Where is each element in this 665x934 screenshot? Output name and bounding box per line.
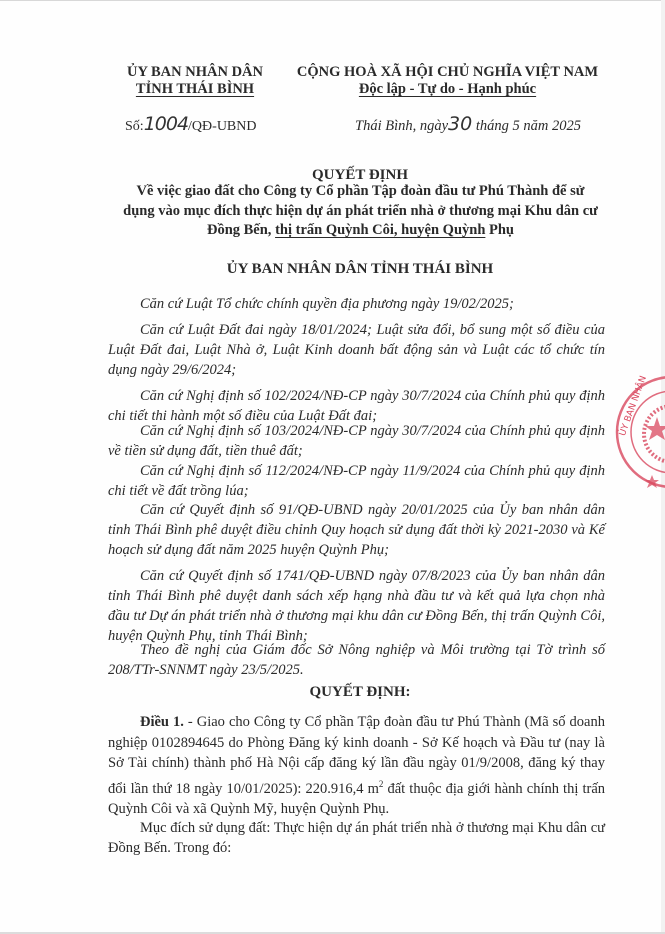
legal-basis-3: Căn cứ Nghị định số 102/2024/NĐ-CP ngày … <box>108 386 605 426</box>
article-1: Điều 1. - Giao cho Công ty Cổ phần Tập đ… <box>108 712 605 819</box>
legal-basis-6: Căn cứ Quyết định số 91/QĐ-UBND ngày 20/… <box>108 500 605 560</box>
date-line: Thái Bình, ngày30 tháng 5 năm 2025 <box>355 113 581 135</box>
document-page: ỦY BAN NHÂN DÂN TỈNH THÁI BÌNH CỘNG HOÀ … <box>0 0 665 934</box>
agency-line1: ỦY BAN NHÂN DÂN <box>110 64 280 81</box>
scan-edge-top <box>0 0 665 1</box>
article-1-label: Điều 1. <box>140 714 184 730</box>
document-subject: Về việc giao đất cho Công ty Cổ phần Tập… <box>108 182 613 241</box>
legal-basis-5: Căn cứ Nghị định số 112/2024/NĐ-CP ngày … <box>108 461 605 501</box>
national-motto: CỘNG HOÀ XÃ HỘI CHỦ NGHĨA VIỆT NAM <box>285 64 610 81</box>
legal-basis-4: Căn cứ Nghị định số 103/2024/NĐ-CP ngày … <box>108 421 605 461</box>
document-number: Số:1004/QĐ-UBND <box>125 113 257 135</box>
issuing-authority: ỦY BAN NHÂN DÂN TỈNH THÁI BÌNH <box>100 261 620 278</box>
agency-line2: TỈNH THÁI BÌNH <box>110 81 280 98</box>
decision-heading: QUYẾT ĐỊNH: <box>100 684 620 701</box>
national-slogan: Độc lập - Tự do - Hạnh phúc <box>285 81 610 98</box>
handwritten-day: 30 <box>448 113 472 135</box>
legal-basis-1: Căn cứ Luật Tổ chức chính quyền địa phươ… <box>108 294 605 314</box>
legal-basis-7: Căn cứ Quyết định số 1741/QĐ-UBND ngày 0… <box>108 566 605 646</box>
handwritten-number: 1004 <box>144 113 188 135</box>
legal-basis-8: Theo đề nghị của Giám đốc Sở Nông nghiệp… <box>108 640 605 680</box>
red-seal-stamp-icon: ỦY BAN NHÂN <box>612 372 665 492</box>
legal-basis-2: Căn cứ Luật Đất đai ngày 18/01/2024; Luậ… <box>108 320 605 380</box>
agency-header: ỦY BAN NHÂN DÂN TỈNH THÁI BÌNH <box>110 64 280 98</box>
national-header: CỘNG HOÀ XÃ HỘI CHỦ NGHĨA VIỆT NAM Độc l… <box>285 64 610 98</box>
land-use-purpose: Mục đích sử dụng đất: Thực hiện dự án ph… <box>108 818 605 858</box>
